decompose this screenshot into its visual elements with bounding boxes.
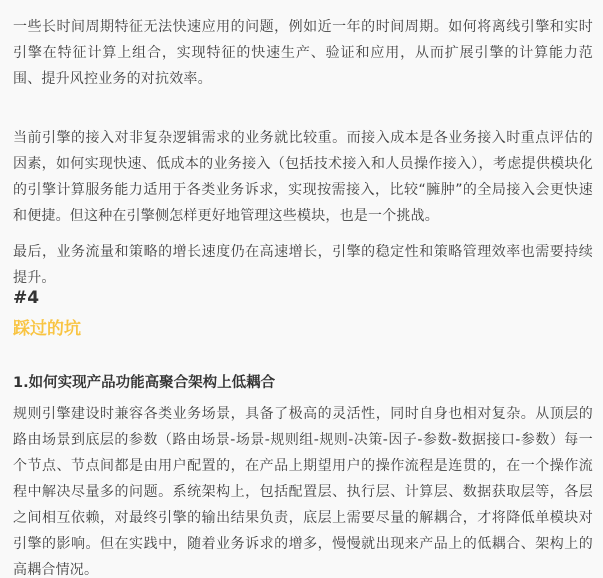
- subsection-heading: 1.如何实现产品功能高聚合架构上低耦合: [13, 371, 275, 395]
- paragraph-feature-computation: 一些长时间周期特征无法快速应用的问题，例如近一年的时间周期。如何将离线引擎和实时…: [13, 14, 593, 92]
- paragraph-coupling: 规则引擎建设时兼容各类业务场景，具备了极高的灵活性，同时自身也相对复杂。从顶层的…: [13, 401, 593, 578]
- section-number: #4: [13, 286, 39, 310]
- paragraph-integration-cost: 当前引擎的接入对非复杂逻辑需求的业务就比较重。而接入成本是各业务接入时重点评估的…: [13, 125, 593, 229]
- article-body: 一些长时间周期特征无法快速应用的问题，例如近一年的时间周期。如何将离线引擎和实时…: [0, 0, 603, 578]
- paragraph-growth: 最后，业务流量和策略的增长速度仍在高速增长，引擎的稳定性和策略管理效率也需要持续…: [13, 239, 593, 291]
- section-title: 踩过的坑: [13, 316, 81, 342]
